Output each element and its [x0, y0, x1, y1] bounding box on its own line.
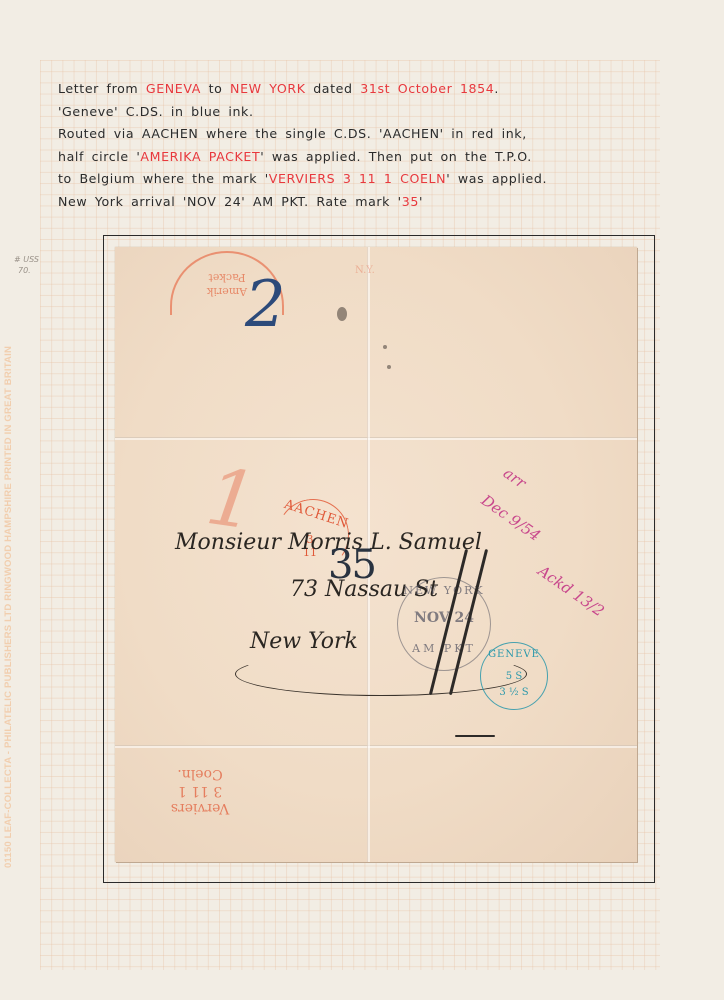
description-line: half circle 'AMERIKA PACKET' was applied…	[58, 146, 678, 169]
text-segment: dated	[306, 81, 361, 96]
album-page: 01150 LEAF-COLLECTA - PHILATELIC PUBLISH…	[0, 0, 724, 1000]
text-segment: half circle '	[58, 149, 140, 164]
text-segment: to	[201, 81, 230, 96]
text-segment: '	[419, 194, 423, 209]
description-line: 'Geneve' C.DS. in blue ink.	[58, 101, 678, 124]
text-segment: Letter from	[58, 81, 146, 96]
description-line: Letter from GENEVA to NEW YORK dated 31s…	[58, 78, 678, 101]
ink-dot	[383, 345, 387, 349]
fold-line	[115, 437, 637, 440]
highlighted-text: 31st October 1854	[360, 81, 494, 96]
publisher-imprint: 01150 LEAF-COLLECTA - PHILATELIC PUBLISH…	[3, 257, 17, 957]
address-line-city: New York	[250, 629, 358, 654]
docket-note: Ackd 13/2	[535, 562, 608, 621]
stampless-cover: Amerik Packet N.Y. 2 1 AACHEN 3 11 Monsi…	[115, 247, 637, 862]
fold-line	[115, 745, 637, 748]
description-line: New York arrival 'NOV 24' AM PKT. Rate m…	[58, 191, 678, 214]
pencil-note: # USS 70.	[14, 254, 39, 276]
highlighted-text: 35	[402, 194, 419, 209]
blue-manuscript-mark: 2	[245, 273, 286, 337]
manuscript-stroke	[455, 735, 495, 737]
description-line: Routed via AACHEN where the single C.DS.…	[58, 123, 678, 146]
description-line: to Belgium where the mark 'VERVIERS 3 11…	[58, 168, 678, 191]
ink-blot	[337, 307, 347, 321]
text-segment: Routed via AACHEN where the single C.DS.…	[58, 126, 527, 141]
ink-dot	[387, 365, 391, 369]
text-segment: ' was applied. Then put on the T.P.O.	[260, 149, 532, 164]
text-segment: ' was applied.	[446, 171, 547, 186]
docket-note: Dec 9/54	[478, 491, 544, 545]
highlighted-text: NEW YORK	[230, 81, 306, 96]
text-segment: .	[494, 81, 499, 96]
verviers-coeln-tpo-mark: Verviers 3 11 1 Coeln.	[160, 765, 240, 816]
text-segment: 'Geneve' C.DS. in blue ink.	[58, 104, 254, 119]
text-segment: New York arrival 'NOV 24' AM PKT. Rate m…	[58, 194, 402, 209]
text-segment: to Belgium where the mark '	[58, 171, 269, 186]
highlighted-text: AMERIKA PACKET	[140, 149, 260, 164]
handwritten-description: Letter from GENEVA to NEW YORK dated 31s…	[58, 78, 678, 213]
faint-handstamp: N.Y.	[355, 265, 375, 276]
highlighted-text: VERVIERS 3 11 1 COELN	[269, 171, 446, 186]
geneve-cds: GENEVE 5 S 3 ½ S	[480, 642, 548, 710]
highlighted-text: GENEVA	[146, 81, 201, 96]
docket-note: arr	[500, 464, 529, 492]
